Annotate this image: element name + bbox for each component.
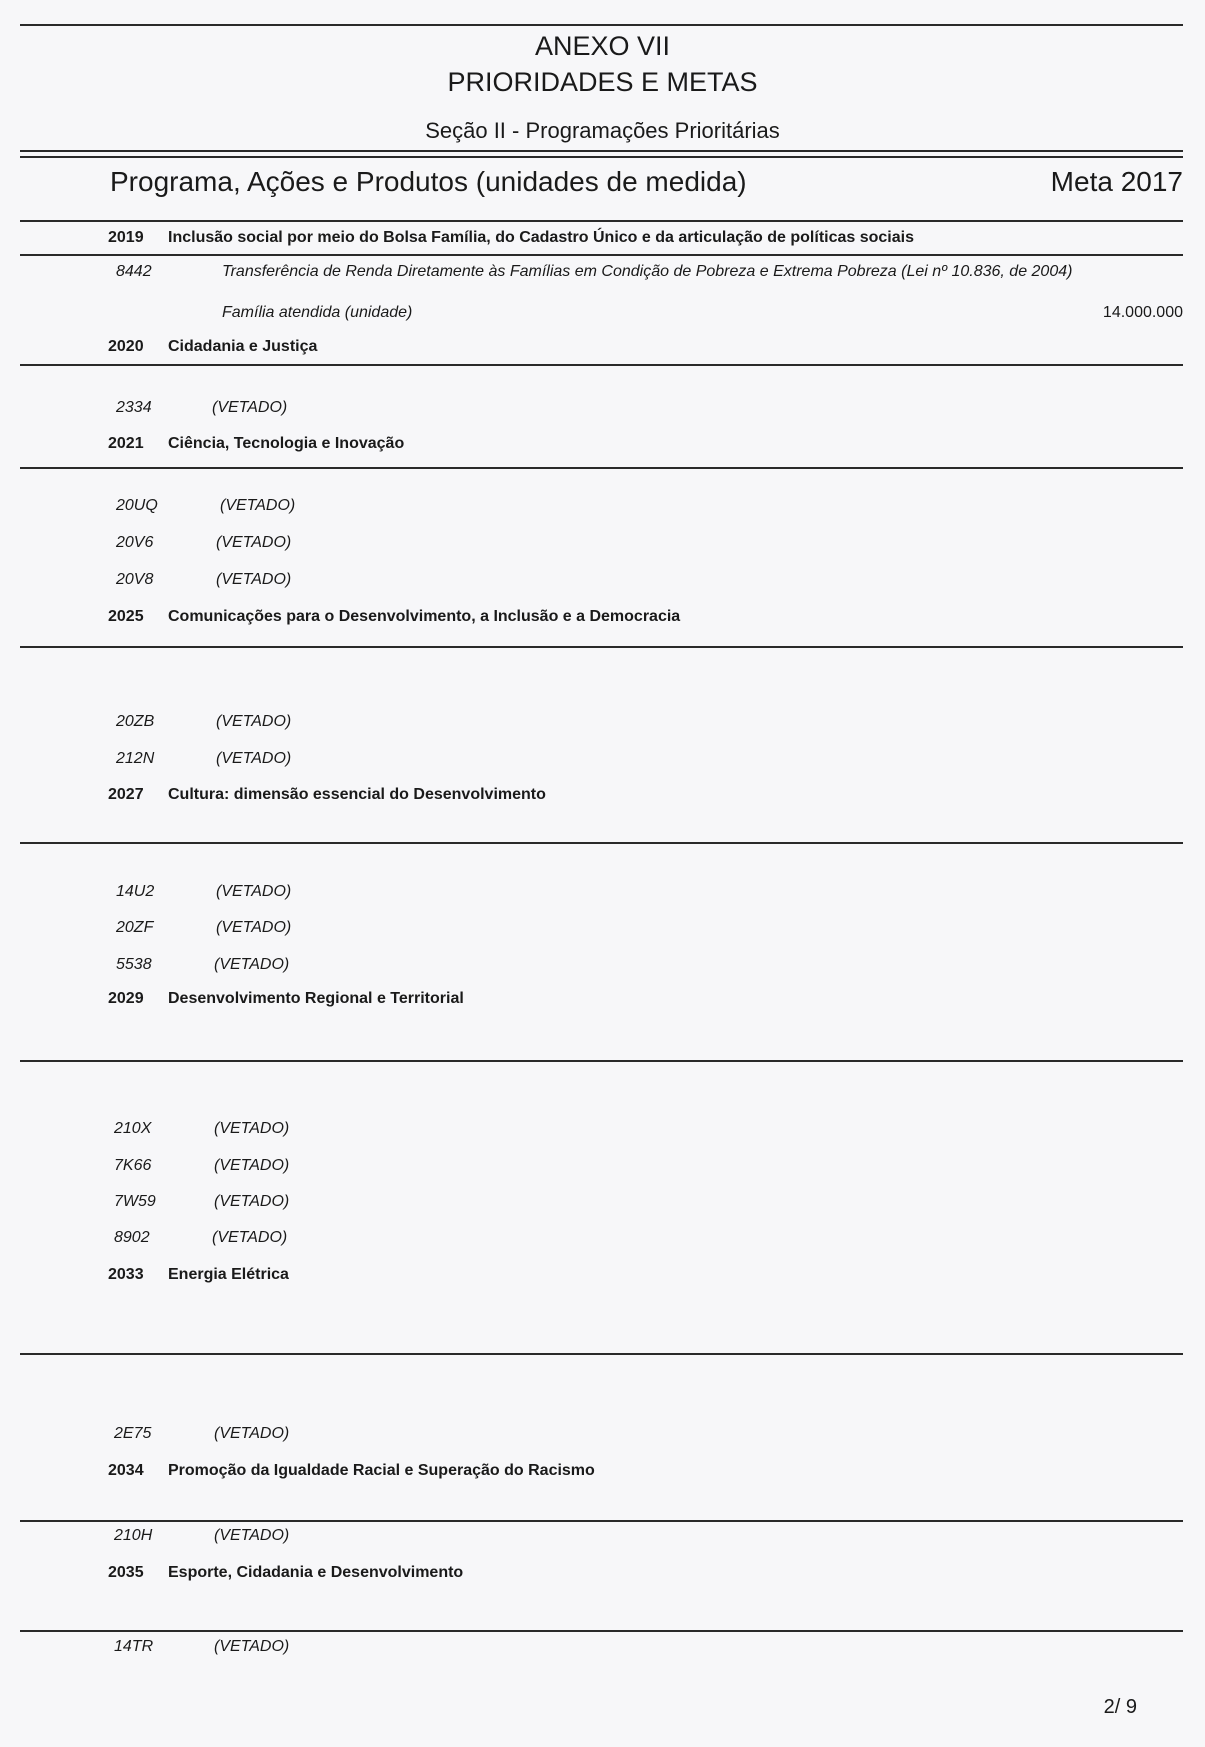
action-name: (VETADO) bbox=[214, 1120, 289, 1138]
action-code: 210X bbox=[114, 1120, 151, 1138]
action-code: 20ZB bbox=[116, 713, 154, 731]
program-name: Cultura: dimensão essencial do Desenvolv… bbox=[168, 786, 546, 803]
program-name: Comunicações para o Desenvolvimento, a I… bbox=[168, 608, 680, 625]
action-code: 20UQ bbox=[116, 497, 158, 515]
program-name: Cidadania e Justiça bbox=[168, 338, 317, 355]
program-name: Ciência, Tecnologia e Inovação bbox=[168, 435, 404, 452]
action-code: 20V6 bbox=[116, 534, 153, 552]
action-code: 7K66 bbox=[114, 1157, 151, 1175]
program-code: 2025 bbox=[108, 608, 168, 626]
program-name: Esporte, Cidadania e Desenvolvimento bbox=[168, 1564, 463, 1581]
rule bbox=[20, 646, 1183, 648]
top-rule bbox=[20, 24, 1183, 26]
action-name: (VETADO) bbox=[214, 1193, 289, 1211]
action-name: (VETADO) bbox=[214, 1638, 289, 1656]
section-title: Seção II - Programações Prioritárias bbox=[0, 118, 1205, 144]
program-code: 2035 bbox=[108, 1564, 168, 1582]
action-code: 7W59 bbox=[114, 1193, 156, 1211]
rule bbox=[20, 1520, 1183, 1522]
action-name: (VETADO) bbox=[216, 534, 291, 552]
program-name: Inclusão social por meio do Bolsa Famíli… bbox=[168, 229, 914, 246]
action-code: 2E75 bbox=[114, 1425, 151, 1443]
action-code: 2334 bbox=[116, 399, 152, 417]
action-code: 210H bbox=[114, 1527, 152, 1545]
action-name: Transferência de Renda Diretamente às Fa… bbox=[222, 263, 1072, 281]
rule bbox=[20, 364, 1183, 366]
action-code: 8902 bbox=[114, 1229, 150, 1247]
column-header-meta: Meta 2017 bbox=[1051, 166, 1183, 198]
action-name: (VETADO) bbox=[214, 1157, 289, 1175]
program-code: 2019 bbox=[108, 229, 168, 247]
program-row: 2020Cidadania e Justiça bbox=[108, 338, 317, 356]
rule bbox=[20, 1353, 1183, 1355]
page-number: 2/ 9 bbox=[1104, 1696, 1137, 1719]
program-code: 2020 bbox=[108, 338, 168, 356]
program-code: 2029 bbox=[108, 990, 168, 1008]
rule bbox=[20, 1060, 1183, 1062]
program-name: Desenvolvimento Regional e Territorial bbox=[168, 990, 464, 1007]
column-header-program: Programa, Ações e Produtos (unidades de … bbox=[110, 166, 747, 198]
action-name: (VETADO) bbox=[214, 1527, 289, 1545]
action-code: 14TR bbox=[114, 1638, 153, 1656]
program-row: 2033Energia Elétrica bbox=[108, 1266, 289, 1284]
program-row: 2025Comunicações para o Desenvolvimento,… bbox=[108, 608, 680, 626]
action-code: 20V8 bbox=[116, 571, 153, 589]
rule bbox=[20, 220, 1183, 222]
program-code: 2021 bbox=[108, 435, 168, 453]
action-name: (VETADO) bbox=[216, 883, 291, 901]
double-rule-1 bbox=[20, 150, 1183, 152]
action-name: (VETADO) bbox=[216, 919, 291, 937]
program-row: 2019Inclusão social por meio do Bolsa Fa… bbox=[108, 229, 914, 247]
action-code: 5538 bbox=[116, 956, 152, 974]
action-name: (VETADO) bbox=[216, 713, 291, 731]
action-name: (VETADO) bbox=[212, 399, 287, 417]
action-name: (VETADO) bbox=[220, 497, 295, 515]
rule bbox=[20, 1630, 1183, 1632]
program-row: 2021Ciência, Tecnologia e Inovação bbox=[108, 435, 404, 453]
program-code: 2034 bbox=[108, 1462, 168, 1480]
action-name: (VETADO) bbox=[212, 1229, 287, 1247]
double-rule-2 bbox=[20, 156, 1183, 158]
action-code: 14U2 bbox=[116, 883, 154, 901]
program-code: 2027 bbox=[108, 786, 168, 804]
rule bbox=[20, 467, 1183, 469]
rule bbox=[20, 254, 1183, 256]
program-code: 2033 bbox=[108, 1266, 168, 1284]
action-code: 20ZF bbox=[116, 919, 153, 937]
page-title: PRIORIDADES E METAS bbox=[0, 67, 1205, 98]
action-name: (VETADO) bbox=[214, 1425, 289, 1443]
action-code: 8442 bbox=[116, 263, 152, 281]
product-row: Família atendida (unidade) bbox=[222, 304, 412, 322]
rule bbox=[20, 842, 1183, 844]
program-row: 2035Esporte, Cidadania e Desenvolvimento bbox=[108, 1564, 463, 1582]
program-name: Promoção da Igualdade Racial e Superação… bbox=[168, 1462, 595, 1479]
action-code: 212N bbox=[116, 750, 154, 768]
program-row: 2029Desenvolvimento Regional e Territori… bbox=[108, 990, 464, 1008]
action-name: (VETADO) bbox=[214, 956, 289, 974]
program-row: 2027Cultura: dimensão essencial do Desen… bbox=[108, 786, 546, 804]
meta-value: 14.000.000 bbox=[1103, 304, 1183, 322]
product-name: Família atendida (unidade) bbox=[222, 304, 412, 321]
program-row: 2034Promoção da Igualdade Racial e Super… bbox=[108, 1462, 595, 1480]
annex-title: ANEXO VII bbox=[0, 31, 1205, 62]
action-name: (VETADO) bbox=[216, 750, 291, 768]
program-name: Energia Elétrica bbox=[168, 1266, 289, 1283]
action-name: (VETADO) bbox=[216, 571, 291, 589]
